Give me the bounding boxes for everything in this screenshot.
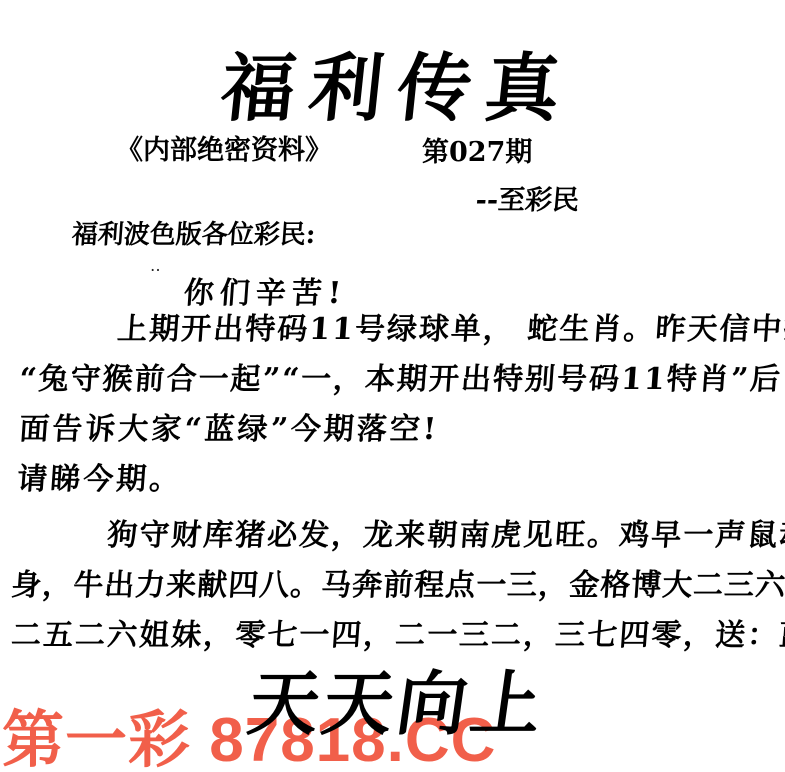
- page-title: 福利传真: [216, 30, 579, 136]
- salutation-line: 福利波色版各位彩民:: [71, 214, 317, 251]
- stray-ink-marks: ‥: [150, 256, 166, 275]
- body-line-6: 身，牛出力来献四八。马奔前程点一三，金格博大二三六。: [10, 560, 785, 604]
- body-line-5: 狗守财库猪必发，龙来朝南虎见旺。鸡早一声鼠动: [106, 510, 785, 554]
- source-label: 《内部绝密资料》: [116, 128, 332, 167]
- closing-slogan: 天天向上: [243, 648, 553, 749]
- body-line-2: “兔守猴前合一起”“一，本期开出特别号码11特肖”后: [18, 354, 784, 398]
- dedication-line: --至彩民: [474, 178, 581, 217]
- body-line-3: 面告诉大家“蓝绿”今期落空!: [18, 404, 441, 448]
- issue-number: 第027期: [422, 130, 532, 169]
- body-line-4: 请睇今期。: [16, 454, 184, 498]
- fax-sheet: 福利传真 《内部绝密资料》 第027期 --至彩民 福利波色版各位彩民: ‥ 你…: [0, 0, 785, 772]
- body-line-1: 上期开出特码11号绿球单， 蛇生肖。昨天信中提供: [116, 304, 785, 348]
